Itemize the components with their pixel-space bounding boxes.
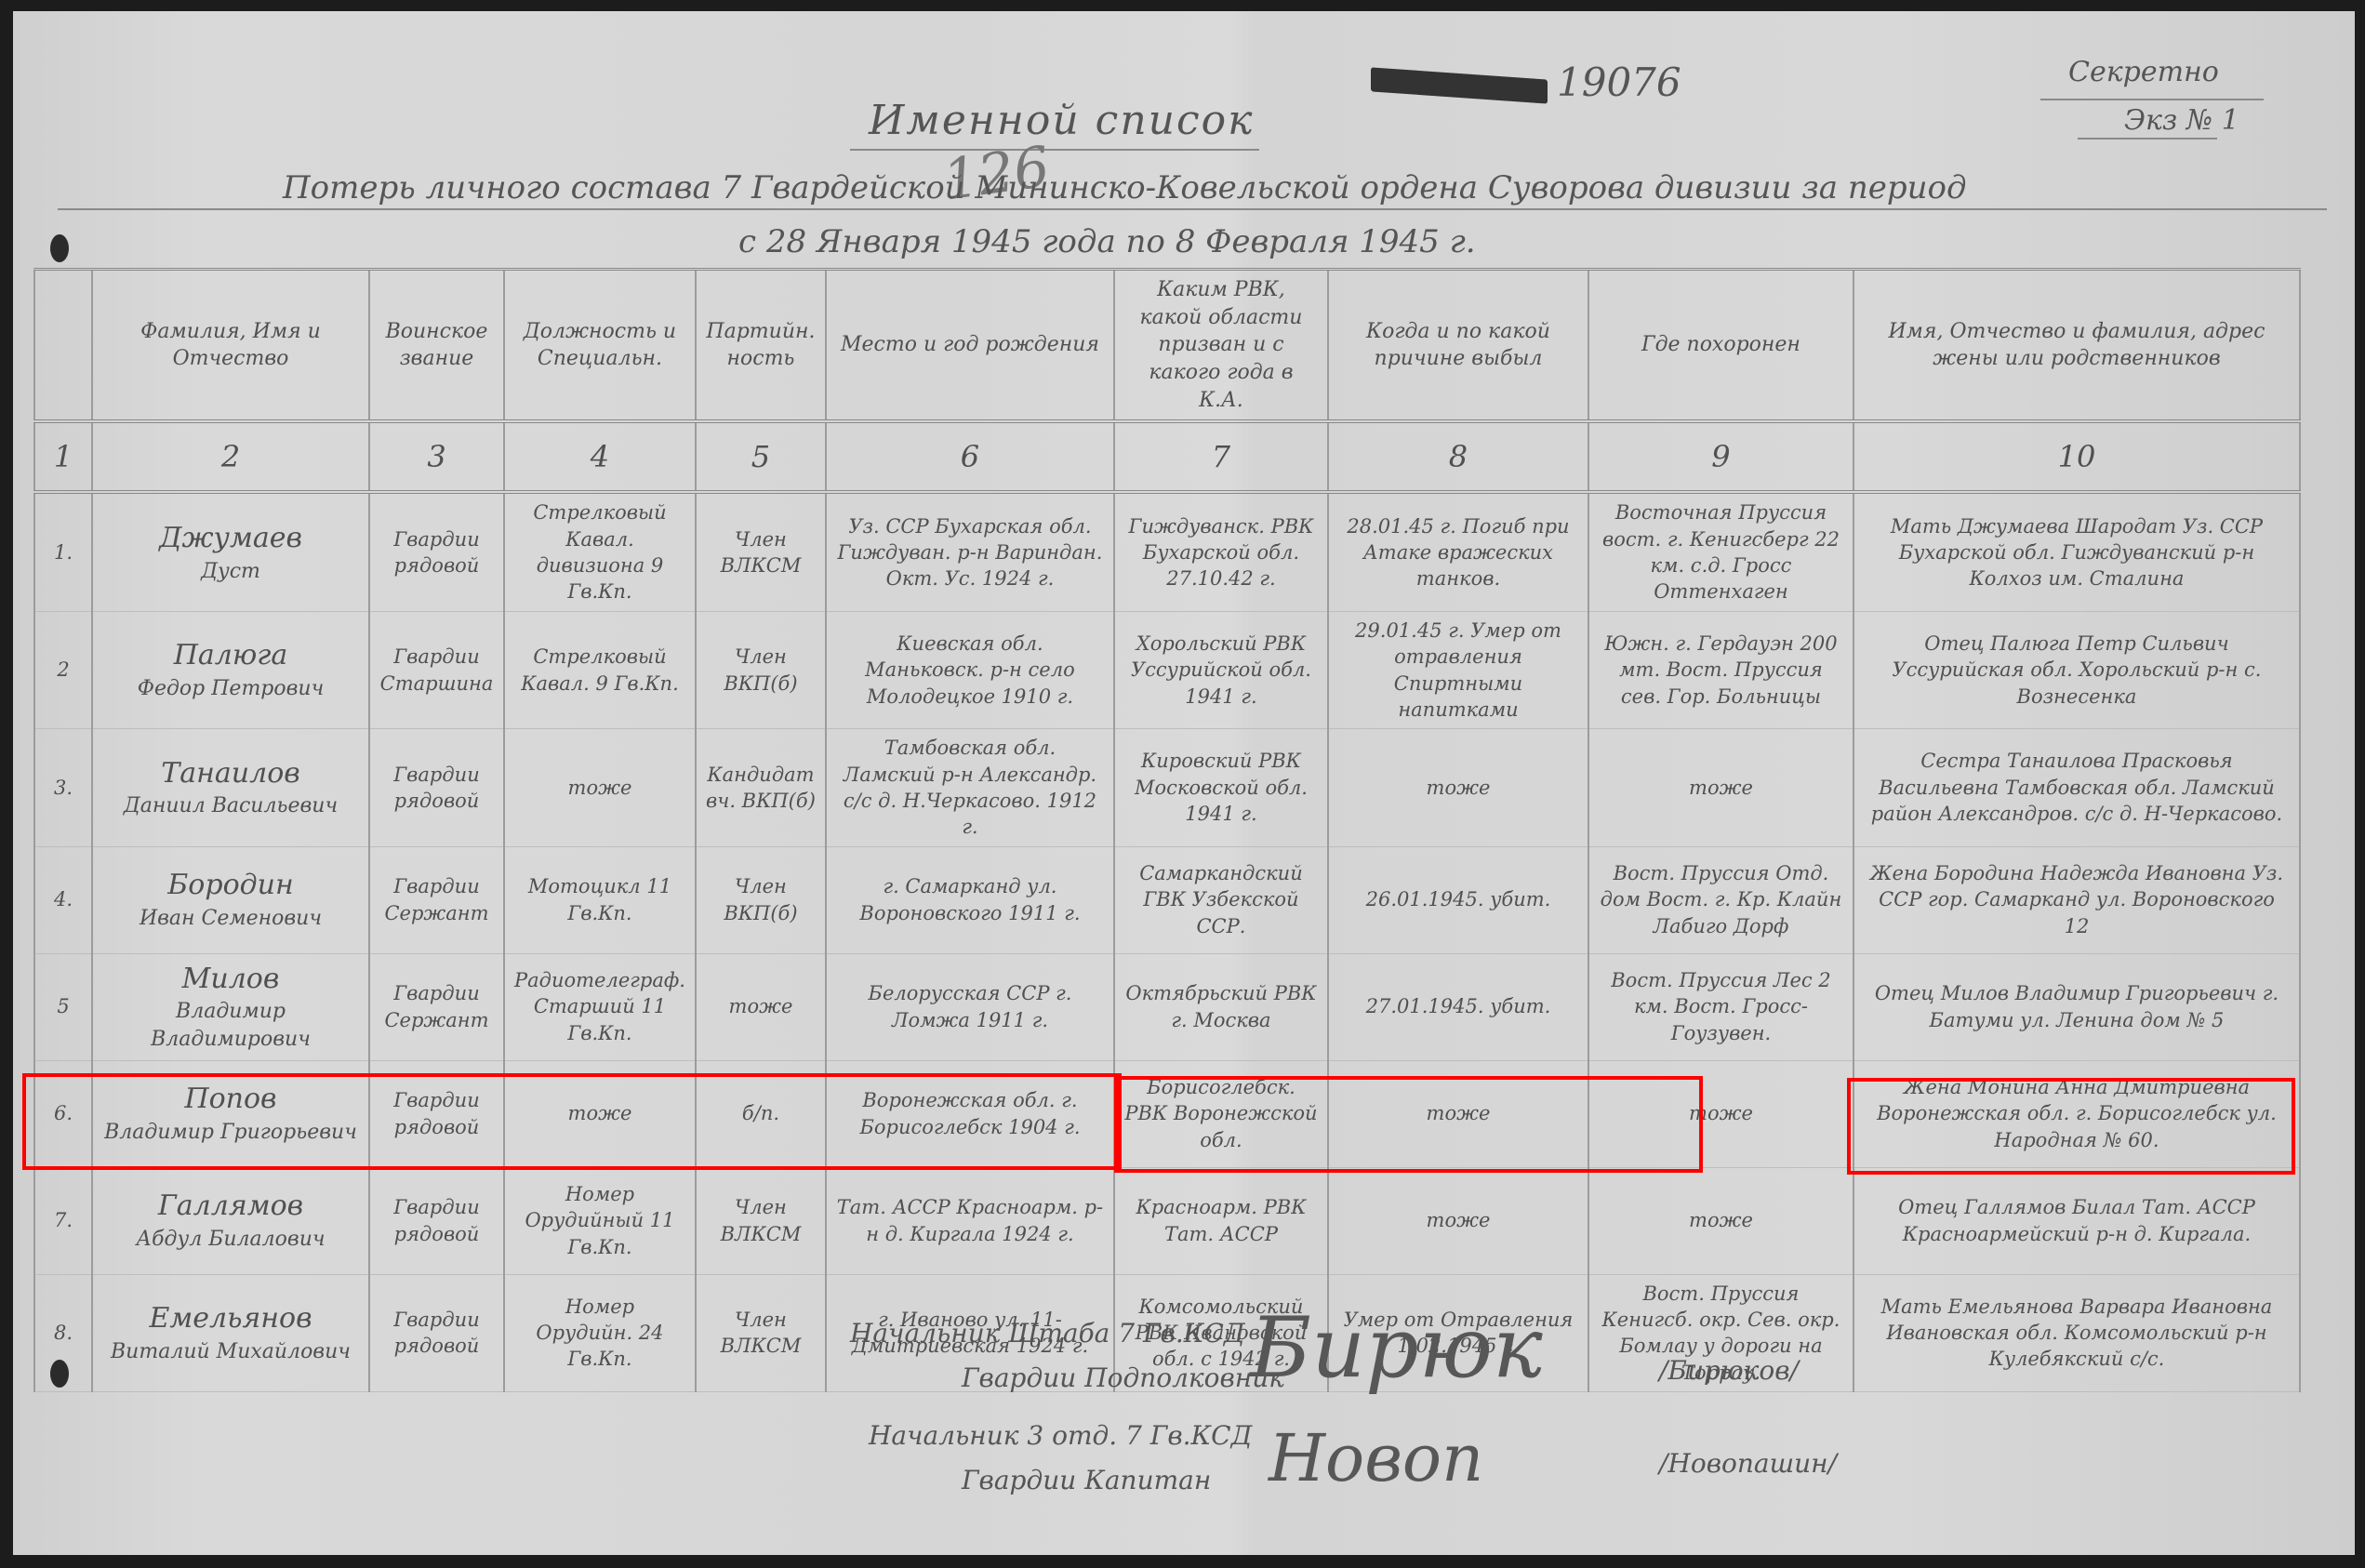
- cell-position: тоже: [504, 729, 696, 846]
- surname: Попов: [102, 1081, 359, 1119]
- column-header: Когда и по какой причине выбыл: [1328, 270, 1588, 422]
- cell-relatives: Отец Галлямов Билал Тат. АССР Красноарме…: [1853, 1167, 2300, 1274]
- cell-relatives: Мать Джумаева Шародат Уз. ССР Бухарской …: [1853, 492, 2300, 611]
- cell-party: Член ВКП(б): [696, 611, 826, 728]
- cell-party: б/п.: [696, 1060, 826, 1167]
- cell-full-name: БородинИван Семенович: [92, 846, 369, 953]
- cell-rank: Гвардии рядовой: [369, 1060, 504, 1167]
- cell-full-name: МиловВладимир Владимирович: [92, 953, 369, 1060]
- registration-stamp: 19076: [1371, 60, 1681, 105]
- cell-buried: тоже: [1588, 1060, 1853, 1167]
- cell-party: Член ВКП(б): [696, 846, 826, 953]
- signer-1-title: Начальник Штаба 7 Гв.КСД: [850, 1318, 1245, 1349]
- cell-no: 3.: [34, 729, 92, 846]
- cell-draft: Красноарм. РВК Тат. АССР: [1114, 1167, 1328, 1274]
- cell-rank: Гвардии Старшина: [369, 611, 504, 728]
- page-title: Именной список: [869, 97, 1254, 144]
- table-row: 1.ДжумаевДустГвардии рядовойСтрелковый К…: [34, 492, 2300, 611]
- table-row: 6.ПоповВладимир ГригорьевичГвардии рядов…: [34, 1060, 2300, 1167]
- cell-relatives: Мать Емельянова Варвара Ивановна Ивановс…: [1853, 1274, 2300, 1391]
- signature-scribble-1: Бирюк: [1250, 1299, 1543, 1397]
- column-number: 8: [1328, 421, 1588, 492]
- given-name: Абдул Билалович: [102, 1226, 359, 1254]
- cell-birth: Киевская обл. Маньковск. р-н село Молоде…: [826, 611, 1114, 728]
- cell-birth: Тамбовская обл. Ламский р-н Александр. с…: [826, 729, 1114, 846]
- cell-full-name: ГаллямовАбдул Билалович: [92, 1167, 369, 1274]
- cell-full-name: ПоповВладимир Григорьевич: [92, 1060, 369, 1167]
- cell-draft: Октябрьский РВК г. Москва: [1114, 953, 1328, 1060]
- column-header: Должность и Специальн.: [504, 270, 696, 422]
- cell-birth: Белорусская ССР г. Ломжа 1911 г.: [826, 953, 1114, 1060]
- cell-buried: Вост. Пруссия Отд. дом Вост. г. Кр. Клай…: [1588, 846, 1853, 953]
- given-name: Дуст: [102, 558, 359, 586]
- given-name: Даниил Васильевич: [102, 792, 359, 820]
- given-name: Виталий Михайлович: [102, 1338, 359, 1366]
- cell-when-why: 29.01.45 г. Умер от отравления Спиртными…: [1328, 611, 1588, 728]
- table-row: 7.ГаллямовАбдул БилаловичГвардии рядовой…: [34, 1167, 2300, 1274]
- signer-1-name: /Бирюков/: [1659, 1355, 1799, 1386]
- surname: Галлямов: [102, 1188, 359, 1226]
- cell-no: 7.: [34, 1167, 92, 1274]
- given-name: Владимир Владимирович: [102, 998, 359, 1053]
- punch-hole: [50, 1360, 69, 1388]
- column-header: Где похоронен: [1588, 270, 1853, 422]
- classification-label: Секретно: [2068, 56, 2219, 88]
- cell-no: 2: [34, 611, 92, 728]
- cell-buried: Восточная Пруссия вост. г. Кенигсберг 22…: [1588, 492, 1853, 611]
- losses-table: Фамилия, Имя и ОтчествоВоинское званиеДо…: [33, 268, 2301, 1392]
- cell-buried: Вост. Пруссия Лес 2 км. Вост. Гросс-Гоуз…: [1588, 953, 1853, 1060]
- signer-1-rank: Гвардии Подполковник: [962, 1362, 1284, 1393]
- given-name: Владимир Григорьевич: [102, 1119, 359, 1147]
- cell-relatives: Отец Милов Владимир Григорьевич г. Батум…: [1853, 953, 2300, 1060]
- cell-party: Кандидат вч. ВКП(б): [696, 729, 826, 846]
- given-name: Иван Семенович: [102, 905, 359, 933]
- cell-buried: Южн. г. Гердауэн 200 мт. Вост. Пруссия с…: [1588, 611, 1853, 728]
- cell-relatives: Отец Палюга Петр Сильвич Уссурийская обл…: [1853, 611, 2300, 728]
- cell-draft: Кировский РВК Московской обл. 1941 г.: [1114, 729, 1328, 846]
- cell-buried: тоже: [1588, 1167, 1853, 1274]
- cell-no: 6.: [34, 1060, 92, 1167]
- cell-position: Стрелковый Кавал. 9 Гв.Кп.: [504, 611, 696, 728]
- cell-when-why: 27.01.1945. убит.: [1328, 953, 1588, 1060]
- surname: Джумаев: [102, 520, 359, 558]
- document-subtitle: Потерь личного состава 7 Гвардейской Мин…: [283, 169, 1967, 206]
- column-number: 9: [1588, 421, 1853, 492]
- column-number: 2: [92, 421, 369, 492]
- table-row: 5МиловВладимир ВладимировичГвардии Сержа…: [34, 953, 2300, 1060]
- cell-when-why: 28.01.45 г. Погиб при Атаке вражеских та…: [1328, 492, 1588, 611]
- cell-birth: Воронежская обл. г. Борисоглебск 1904 г.: [826, 1060, 1114, 1167]
- column-number: 10: [1853, 421, 2300, 492]
- cell-rank: Гвардии рядовой: [369, 1274, 504, 1391]
- cell-when-why: 26.01.1945. убит.: [1328, 846, 1588, 953]
- column-number: 7: [1114, 421, 1328, 492]
- cell-rank: Гвардии Сержант: [369, 953, 504, 1060]
- table-row: 2ПалюгаФедор ПетровичГвардии СтаршинаСтр…: [34, 611, 2300, 728]
- surname: Танаилов: [102, 755, 359, 793]
- cell-birth: Уз. ССР Бухарская обл. Гиждуван. р-н Вар…: [826, 492, 1114, 611]
- cell-rank: Гвардии рядовой: [369, 492, 504, 611]
- cell-rank: Гвардии рядовой: [369, 1167, 504, 1274]
- surname: Милов: [102, 961, 359, 999]
- cell-when-why: тоже: [1328, 729, 1588, 846]
- cell-full-name: ЕмельяновВиталий Михайлович: [92, 1274, 369, 1391]
- cell-full-name: ДжумаевДуст: [92, 492, 369, 611]
- column-header: Место и год рождения: [826, 270, 1114, 422]
- surname: Палюга: [102, 637, 359, 675]
- cell-full-name: ПалюгаФедор Петрович: [92, 611, 369, 728]
- column-header: Фамилия, Имя и Отчество: [92, 270, 369, 422]
- column-number: 6: [826, 421, 1114, 492]
- column-number: 4: [504, 421, 696, 492]
- column-number: 3: [369, 421, 504, 492]
- column-number: 5: [696, 421, 826, 492]
- cell-position: тоже: [504, 1060, 696, 1167]
- cell-birth: Тат. АССР Красноарм. р-н д. Киргала 1924…: [826, 1167, 1114, 1274]
- cell-draft: Хорольский РВК Уссурийской обл. 1941 г.: [1114, 611, 1328, 728]
- table-header-row: Фамилия, Имя и ОтчествоВоинское званиеДо…: [34, 270, 2300, 422]
- cell-rank: Гвардии рядовой: [369, 729, 504, 846]
- cell-position: Стрелковый Кавал. дивизиона 9 Гв.Кп.: [504, 492, 696, 611]
- cell-when-why: тоже: [1328, 1167, 1588, 1274]
- surname: Емельянов: [102, 1300, 359, 1338]
- signature-scribble-2: Новоп: [1269, 1420, 1483, 1496]
- cell-position: Номер Орудийный 11 Гв.Кп.: [504, 1167, 696, 1274]
- cell-party: Член ВЛКСМ: [696, 1274, 826, 1391]
- table-row: 3.ТанаиловДаниил ВасильевичГвардии рядов…: [34, 729, 2300, 846]
- cell-position: Номер Орудийн. 24 Гв.Кп.: [504, 1274, 696, 1391]
- signer-2-name: /Новопашин/: [1659, 1448, 1837, 1479]
- cell-when-why: тоже: [1328, 1060, 1588, 1167]
- cell-position: Радиотелеграф. Старший 11 Гв.Кп.: [504, 953, 696, 1060]
- cell-no: 4.: [34, 846, 92, 953]
- copy-number: Экз № 1: [2124, 104, 2239, 137]
- cell-relatives: Жена Монина Анна Дмитриевна Воронежская …: [1853, 1060, 2300, 1167]
- cell-no: 1.: [34, 492, 92, 611]
- signer-2-title: Начальник 3 отд. 7 Гв.КСД: [869, 1420, 1252, 1451]
- cell-relatives: Сестра Танаилова Прасковья Васильевна Та…: [1853, 729, 2300, 846]
- column-header: Воинское звание: [369, 270, 504, 422]
- table-row: 4.БородинИван СеменовичГвардии СержантМо…: [34, 846, 2300, 953]
- given-name: Федор Петрович: [102, 675, 359, 703]
- cell-party: Член ВЛКСМ: [696, 492, 826, 611]
- column-header: Партийн. ность: [696, 270, 826, 422]
- cell-relatives: Жена Бородина Надежда Ивановна Уз. ССР г…: [1853, 846, 2300, 953]
- stamp-blot: [1371, 67, 1548, 103]
- column-number-row: 12345678910: [34, 421, 2300, 492]
- column-number: 1: [34, 421, 92, 492]
- cell-full-name: ТанаиловДаниил Васильевич: [92, 729, 369, 846]
- cell-party: Член ВЛКСМ: [696, 1167, 826, 1274]
- column-header: [34, 270, 92, 422]
- punch-hole: [50, 234, 69, 262]
- cell-rank: Гвардии Сержант: [369, 846, 504, 953]
- column-header: Имя, Отчество и фамилия, адрес жены или …: [1853, 270, 2300, 422]
- column-header: Каким РВК, какой области призван и с как…: [1114, 270, 1328, 422]
- cell-position: Мотоцикл 11 Гв.Кп.: [504, 846, 696, 953]
- cell-no: 5: [34, 953, 92, 1060]
- document-sheet: 19076 Секретно Экз № 1 Именной список 12…: [13, 11, 2355, 1555]
- cell-draft: Борисоглебск. РВК Воронежской обл.: [1114, 1060, 1328, 1167]
- signer-2-rank: Гвардии Капитан: [962, 1465, 1211, 1495]
- document-period: с 28 Января 1945 года по 8 Февраля 1945 …: [738, 223, 1476, 260]
- cell-draft: Гиждуванск. РВК Бухарской обл. 27.10.42 …: [1114, 492, 1328, 611]
- surname: Бородин: [102, 867, 359, 905]
- signature-block: Начальник Штаба 7 Гв.КСД Гвардии Подполк…: [850, 1318, 1873, 1568]
- cell-draft: Самаркандский ГВК Узбекской ССР.: [1114, 846, 1328, 953]
- cell-birth: г. Самарканд ул. Вороновского 1911 г.: [826, 846, 1114, 953]
- cell-buried: тоже: [1588, 729, 1853, 846]
- cell-party: тоже: [696, 953, 826, 1060]
